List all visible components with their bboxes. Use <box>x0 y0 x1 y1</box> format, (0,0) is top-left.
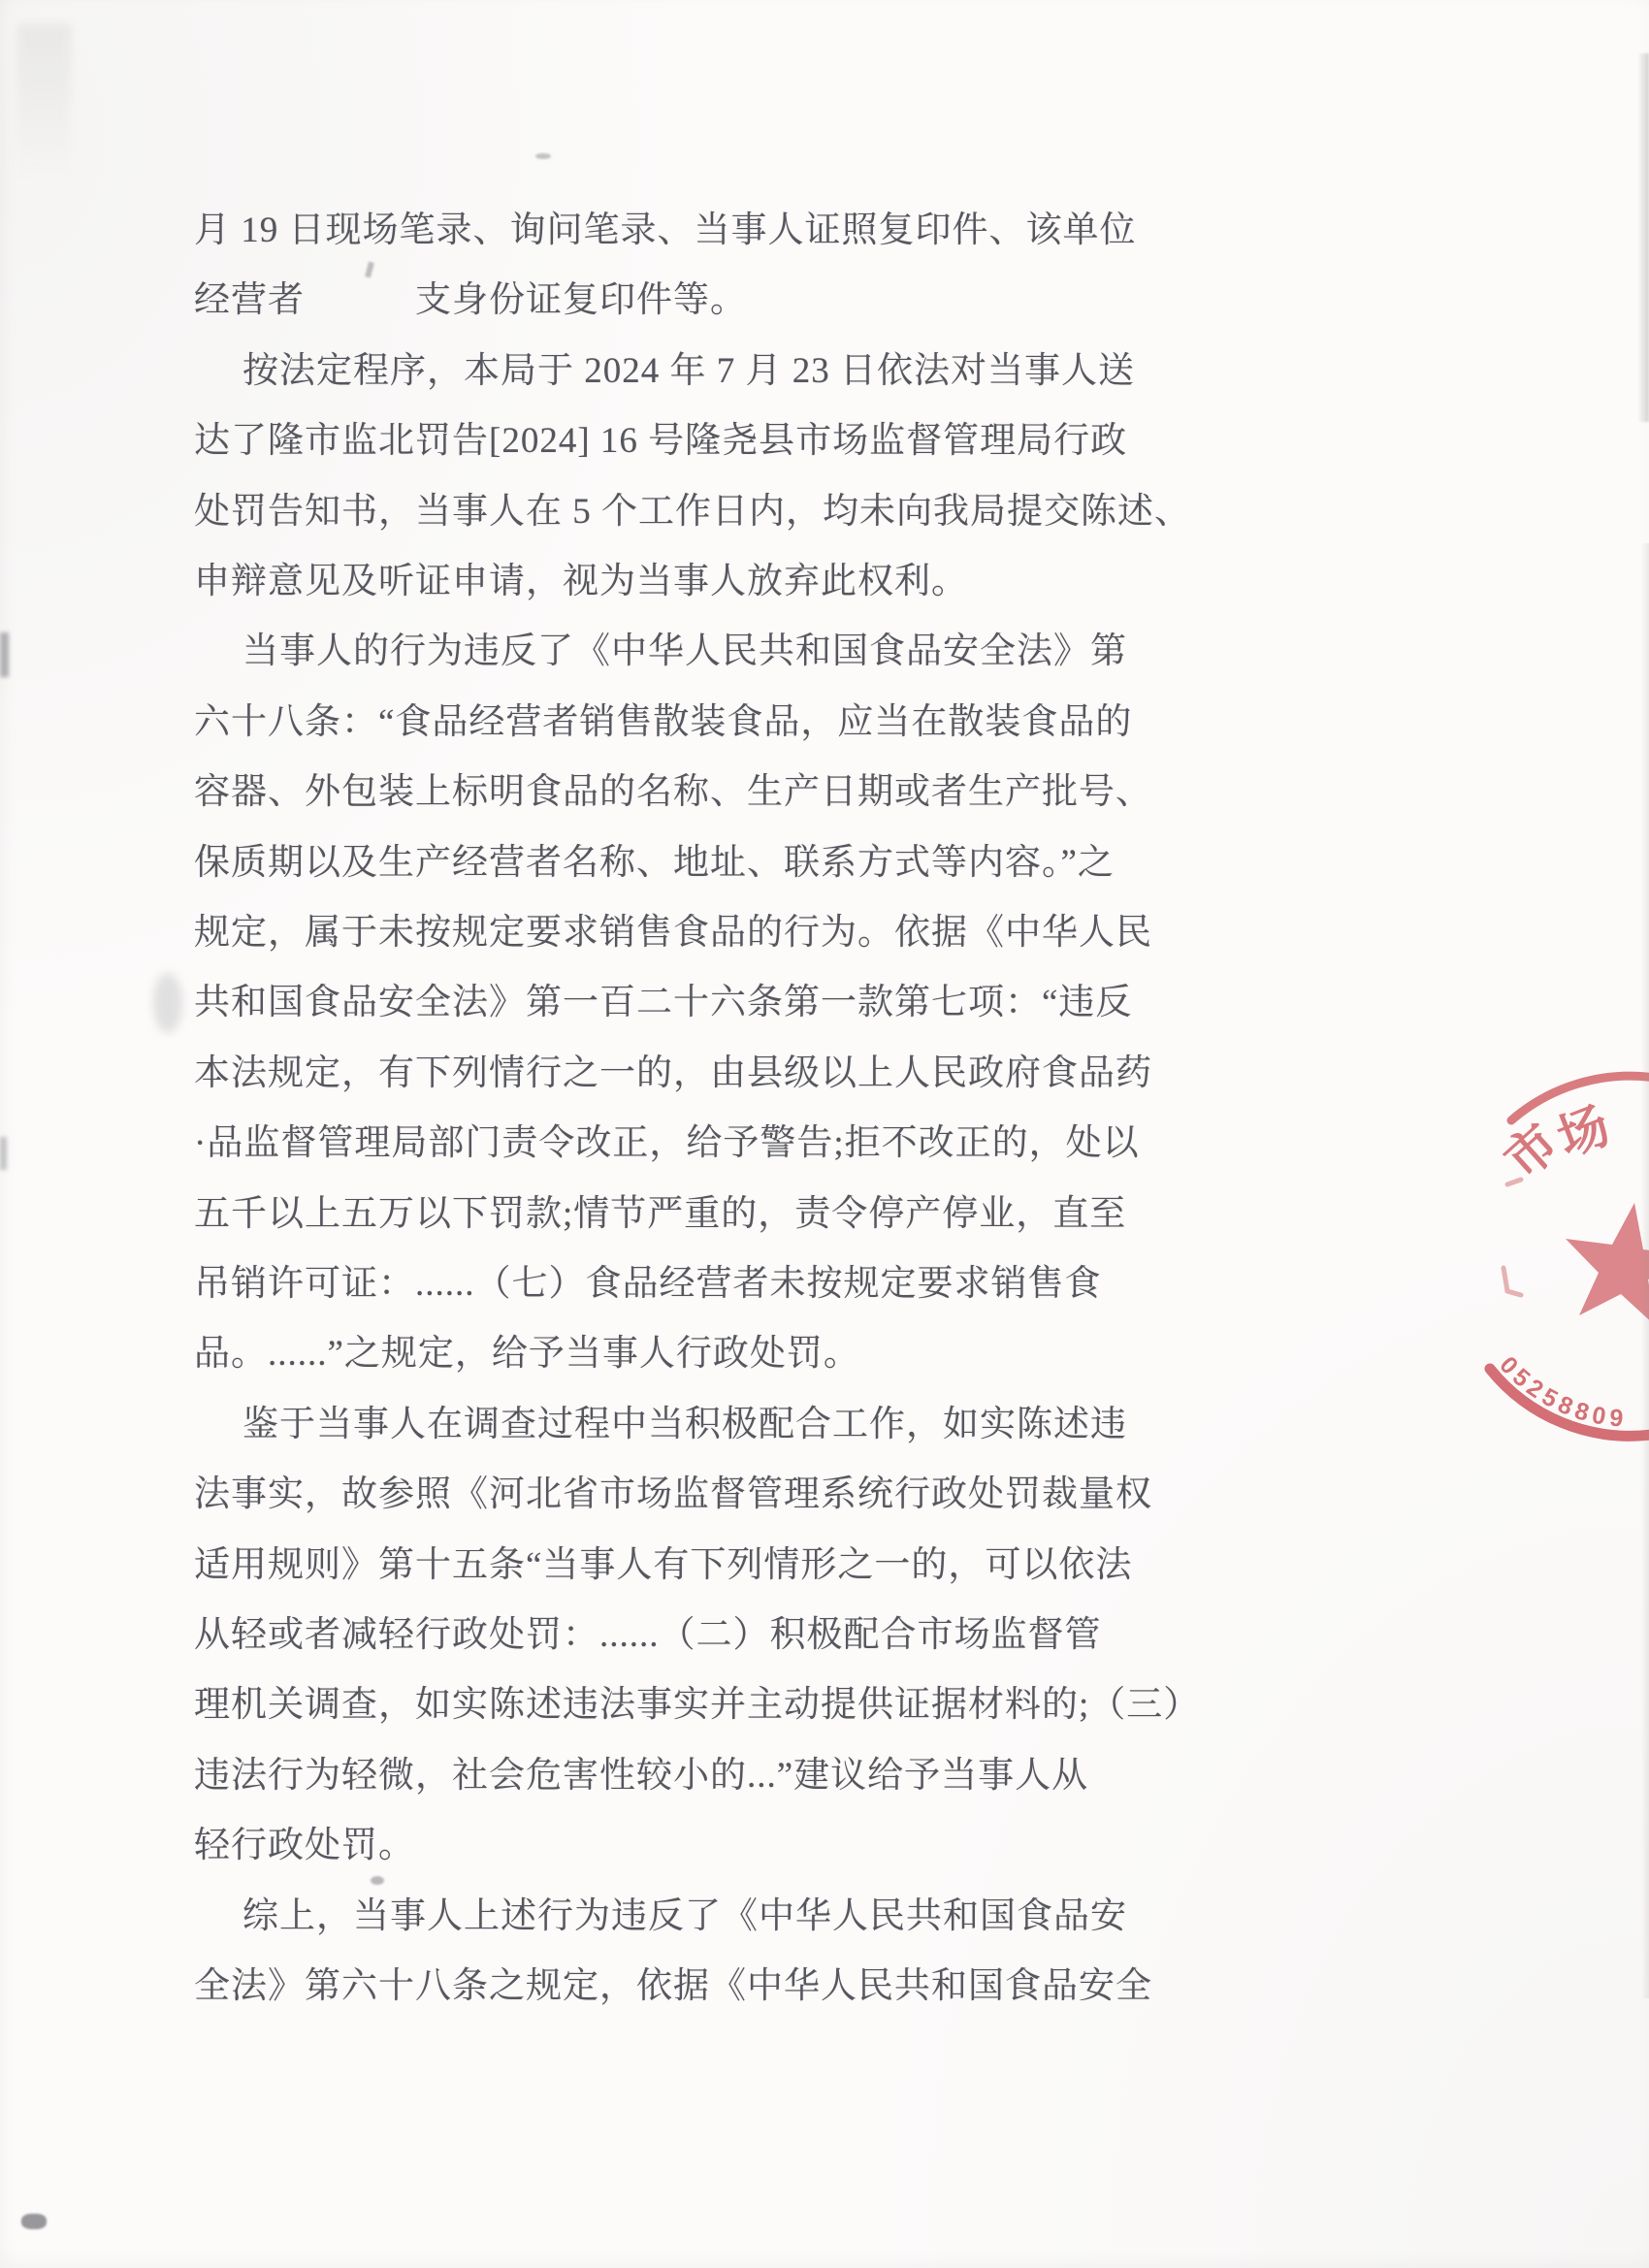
text-line: 轻行政处罚。 <box>194 1825 415 1867</box>
text-line: 经营者 支身份证复印件等。 <box>194 279 747 322</box>
text-line: 申辩意见及听证申请，视为当事人放弃此权利。 <box>194 561 968 603</box>
official-seal-stamp: 市 场 05258809 <box>1426 1043 1649 1460</box>
seal-faint-mark <box>1503 1268 1521 1295</box>
text-line: 月 19 日现场笔录、询问笔录、当事人证照复印件、该单位 <box>194 210 1137 252</box>
text-line: 按法定程序，本局于 2024 年 7 月 23 日依法对当事人送 <box>242 350 1135 393</box>
text-line: 保质期以及生产经营者名称、地址、联系方式等内容。”之 <box>194 842 1115 885</box>
text-line: 吊销许可证：......（七）食品经营者未按规定要求销售食 <box>194 1263 1102 1306</box>
document-body: 月 19 日现场笔录、询问笔录、当事人证照复印件、该单位经营者 支身份证复印件等… <box>0 0 1649 2268</box>
text-line: ·品监督管理局部门责令改正，给予警告;拒不改正的，处以 <box>194 1122 1140 1165</box>
text-line: 本法规定，有下列情行之一的，由县级以上人民政府食品药 <box>194 1053 1152 1095</box>
text-line: 达了隆市监北罚告[2024] 16 号隆尧县市场监督管理局行政 <box>194 420 1127 463</box>
text-line: 品。......”之规定，给予当事人行政处罚。 <box>194 1333 860 1376</box>
scanned-document-page: 月 19 日现场笔录、询问笔录、当事人证照复印件、该单位经营者 支身份证复印件等… <box>0 0 1649 2268</box>
text-line: 法事实，故参照《河北省市场监督管理系统行政处罚裁量权 <box>194 1474 1152 1516</box>
text-line: 处罚告知书，当事人在 5 个工作日内，均未向我局提交陈述、 <box>194 491 1191 534</box>
text-line: 鉴于当事人在调查过程中当积极配合工作，如实陈述违 <box>242 1404 1127 1446</box>
text-line: 理机关调查，如实陈述违法事实并主动提供证据材料的;（三） <box>194 1684 1200 1727</box>
text-line: 当事人的行为违反了《中华人民共和国食品安全法》第 <box>242 631 1127 673</box>
text-line: 全法》第六十八条之规定，依据《中华人民共和国食品安全 <box>194 1965 1152 2008</box>
text-line: 从轻或者减轻行政处罚：......（二）积极配合市场监督管 <box>194 1614 1102 1657</box>
text-line: 六十八条：“食品经营者销售散装食品，应当在散装食品的 <box>194 701 1132 744</box>
text-line: 规定，属于未按规定要求销售食品的行为。依据《中华人民 <box>194 912 1152 955</box>
text-line: 容器、外包装上标明食品的名称、生产日期或者生产批号、 <box>194 771 1152 814</box>
seal-faint-mark <box>1507 1180 1521 1184</box>
seal-star-icon <box>1566 1203 1649 1326</box>
text-line: 五千以上五万以下罚款;情节严重的，责令停产停业，直至 <box>194 1193 1126 1236</box>
text-line: 综上，当事人上述行为违反了《中华人民共和国食品安 <box>242 1895 1127 1938</box>
text-line: 违法行为轻微，社会危害性较小的...”建议给予当事人从 <box>194 1755 1088 1798</box>
text-line: 共和国食品安全法》第一百二十六条第一款第七项：“违反 <box>194 982 1132 1024</box>
text-line: 适用规则》第十五条“当事人有下列情形之一的，可以依法 <box>194 1544 1132 1587</box>
